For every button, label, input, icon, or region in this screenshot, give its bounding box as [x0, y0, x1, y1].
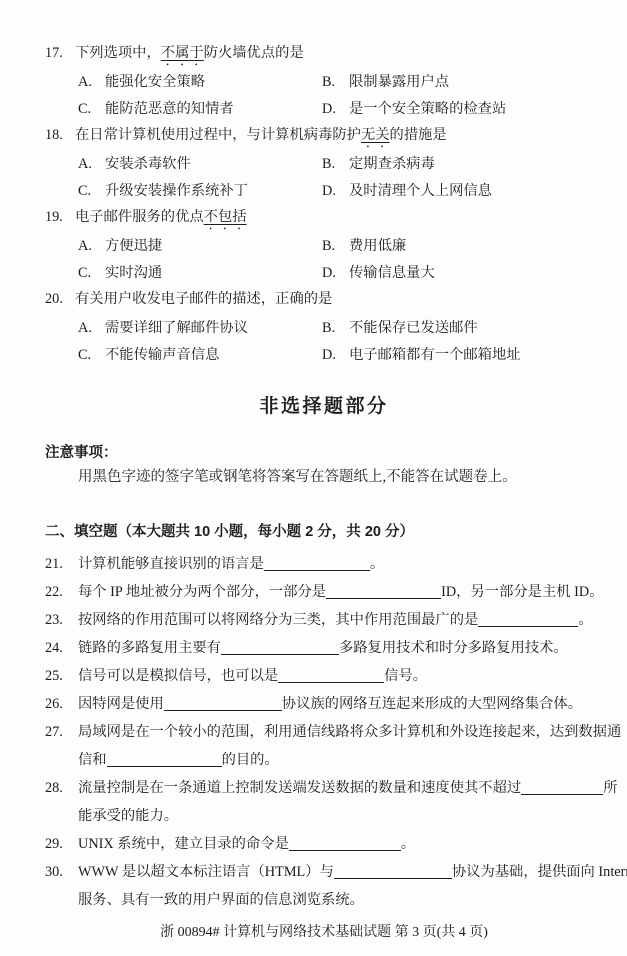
question-number: 21.: [45, 550, 78, 578]
question-number: 25.: [45, 662, 78, 690]
section-heading: 非选择题部分: [45, 394, 603, 420]
question-text: 。: [578, 612, 592, 628]
option-row: C.实时沟通 D.传输信息量大: [45, 260, 603, 287]
option-row: A.能强化安全策略 B.限制暴露用户点: [45, 69, 603, 96]
question-number: 20.: [45, 286, 75, 313]
option-text: 实时沟通: [105, 265, 162, 281]
question-line-2: 信和的目的。: [45, 746, 603, 774]
question-line-1: 30.WWW 是以超文本标注语言（HTML）与协议为基础，提供面向 Intern…: [45, 858, 603, 886]
stem-emphasized-text: 无关: [361, 127, 390, 143]
question-number: 26.: [45, 690, 78, 718]
question-text: 协议族的网络互连起来形成的大型网络集合体。: [282, 696, 582, 712]
option-text: 限制暴露用户点: [349, 74, 449, 90]
option-c: C.实时沟通: [78, 260, 322, 287]
page-footer: 浙 00894# 计算机与网络技术基础试题 第 3 页(共 4 页): [45, 922, 603, 944]
option-text: 不能保存已发送邮件: [349, 320, 478, 336]
question-number: 28.: [45, 774, 78, 802]
option-d: D.电子邮箱都有一个邮箱地址: [322, 342, 603, 369]
option-label: B.: [322, 151, 349, 178]
question-text: 链路的多路复用主要有: [78, 640, 221, 656]
option-text: 需要详细了解邮件协议: [105, 320, 248, 336]
notice-text: 用黑色字迹的签字笔或钢笔将答案写在答题纸上,不能答在试题卷上。: [45, 464, 603, 490]
option-label: A.: [78, 233, 105, 260]
option-label: D.: [322, 260, 349, 287]
answer-blank: [264, 555, 370, 571]
stem-text: 下列选项中，: [75, 45, 161, 61]
option-text: 安装杀毒软件: [105, 156, 191, 172]
notice-title: 注意事项：: [45, 442, 603, 464]
option-label: C.: [78, 96, 105, 123]
option-label: B.: [322, 233, 349, 260]
question-line-2: 能承受的能力。: [45, 802, 603, 830]
answer-blank: [326, 583, 441, 599]
question-text: 因特网是使用: [78, 696, 164, 712]
fill-question-29: 29.UNIX 系统中，建立目录的命令是。: [45, 830, 603, 858]
option-a: A.需要详细了解邮件协议: [78, 315, 322, 342]
option-text: 升级安装操作系统补丁: [105, 183, 248, 199]
option-label: C.: [78, 178, 105, 205]
fill-section-heading: 二、填空题（本大题共 10 小题，每小题 2 分，共 20 分）: [45, 520, 603, 544]
option-label: B.: [322, 315, 349, 342]
mcq-question-19: 19.电子邮件服务的优点不包括 A.方便迅捷 B.费用低廉 C.实时沟通 D.传…: [45, 204, 603, 286]
option-label: A.: [78, 151, 105, 178]
option-text: 能强化安全策略: [105, 74, 205, 90]
question-number: 18.: [45, 122, 75, 149]
option-d: D.传输信息量大: [322, 260, 603, 287]
option-a: A.方便迅捷: [78, 233, 322, 260]
stem-text: 的措施是: [390, 127, 447, 143]
option-b: B.费用低廉: [322, 233, 603, 260]
option-b: B.定期查杀病毒: [322, 151, 603, 178]
answer-blank: [289, 835, 401, 851]
question-text: 流量控制是在一条通道上控制发送端发送数据的数量和速度使其不超过: [78, 780, 521, 796]
option-label: B.: [322, 69, 349, 96]
question-text: 多路复用技术和时分多路复用技术。: [339, 640, 568, 656]
answer-blank: [107, 751, 222, 767]
question-stem: 18.在日常计算机使用过程中，与计算机病毒防护无关的措施是: [45, 122, 603, 151]
option-row: A.方便迅捷 B.费用低廉: [45, 233, 603, 260]
mcq-question-18: 18.在日常计算机使用过程中，与计算机病毒防护无关的措施是 A.安装杀毒软件 B…: [45, 122, 603, 204]
option-text: 方便迅捷: [105, 238, 162, 254]
mcq-question-17: 17.下列选项中，不属于防火墙优点的是 A.能强化安全策略 B.限制暴露用户点 …: [45, 40, 603, 122]
option-label: A.: [78, 315, 105, 342]
option-label: D.: [322, 96, 349, 123]
question-text: 信号可以是模拟信号，也可以是: [78, 668, 278, 684]
fill-question-23: 23.按网络的作用范围可以将网络分为三类，其中作用范围最广的是。: [45, 606, 603, 634]
question-text: 计算机能够直接识别的语言是: [78, 556, 264, 572]
fill-question-24: 24.链路的多路复用主要有多路复用技术和时分多路复用技术。: [45, 634, 603, 662]
answer-blank: [334, 863, 452, 879]
question-text: 。: [370, 556, 384, 572]
answer-blank: [478, 611, 578, 627]
question-text: 所: [603, 780, 617, 796]
stem-emphasized-text: 不属于: [161, 45, 204, 61]
stem-text: 防火墙优点的是: [204, 45, 304, 61]
answer-blank: [164, 695, 282, 711]
option-text: 能防范恶意的知情者: [105, 101, 234, 117]
question-text: UNIX 系统中，建立目录的命令是: [78, 836, 289, 852]
option-d: D.是一个安全策略的检查站: [322, 96, 603, 123]
fill-question-27: 27.局域网是在一个较小的范围，利用通信线路将众多计算机和外设连接起来，达到数据…: [45, 718, 603, 774]
option-label: A.: [78, 69, 105, 96]
question-stem: 17.下列选项中，不属于防火墙优点的是: [45, 40, 603, 69]
question-stem: 19.电子邮件服务的优点不包括: [45, 204, 603, 233]
option-a: A.安装杀毒软件: [78, 151, 322, 178]
question-number: 27.: [45, 718, 78, 746]
stem-emphasized-text: 不包括: [204, 209, 247, 225]
option-text: 费用低廉: [349, 238, 406, 254]
fill-question-22: 22.每个 IP 地址被分为两个部分，一部分是ID，另一部分是主机 ID。: [45, 578, 603, 606]
option-text: 定期查杀病毒: [349, 156, 435, 172]
question-text: 按网络的作用范围可以将网络分为三类，其中作用范围最广的是: [78, 612, 478, 628]
option-label: C.: [78, 342, 105, 369]
option-a: A.能强化安全策略: [78, 69, 322, 96]
option-c: C.升级安装操作系统补丁: [78, 178, 322, 205]
fill-question-28: 28.流量控制是在一条通道上控制发送端发送数据的数量和速度使其不超过所 能承受的…: [45, 774, 603, 830]
question-text: 每个 IP 地址被分为两个部分，一部分是: [78, 584, 326, 600]
option-row: C.升级安装操作系统补丁 D.及时清理个人上网信息: [45, 178, 603, 205]
option-row: A.需要详细了解邮件协议 B.不能保存已发送邮件: [45, 315, 603, 342]
stem-text: 有关用户收发电子邮件的描述，正确的是: [75, 291, 332, 307]
option-row: C.能防范恶意的知情者 D.是一个安全策略的检查站: [45, 96, 603, 123]
stem-text: 在日常计算机使用过程中，与计算机病毒防护: [75, 127, 361, 143]
answer-blank: [521, 779, 603, 795]
option-text: 电子邮箱都有一个邮箱地址: [349, 347, 521, 363]
option-label: C.: [78, 260, 105, 287]
question-number: 23.: [45, 606, 78, 634]
question-text: 信号。: [384, 668, 427, 684]
question-number: 24.: [45, 634, 78, 662]
question-text: 能承受的能力。: [78, 808, 178, 824]
exam-page: 17.下列选项中，不属于防火墙优点的是 A.能强化安全策略 B.限制暴露用户点 …: [0, 0, 627, 956]
question-stem: 20.有关用户收发电子邮件的描述，正确的是: [45, 286, 603, 315]
answer-blank: [278, 667, 384, 683]
fill-section: 21.计算机能够直接识别的语言是。 22.每个 IP 地址被分为两个部分，一部分…: [45, 550, 603, 914]
fill-question-25: 25.信号可以是模拟信号，也可以是信号。: [45, 662, 603, 690]
option-text: 是一个安全策略的检查站: [349, 101, 506, 117]
question-text: WWW 是以超文本标注语言（HTML）与: [78, 864, 334, 880]
option-row: A.安装杀毒软件 B.定期查杀病毒: [45, 151, 603, 178]
question-number: 17.: [45, 40, 75, 67]
option-text: 及时清理个人上网信息: [349, 183, 492, 199]
question-text: 。: [401, 836, 415, 852]
option-c: C.能防范恶意的知情者: [78, 96, 322, 123]
option-label: D.: [322, 178, 349, 205]
fill-question-21: 21.计算机能够直接识别的语言是。: [45, 550, 603, 578]
question-text: 服务、具有一致的用户界面的信息浏览系统。: [78, 892, 364, 908]
option-b: B.限制暴露用户点: [322, 69, 603, 96]
fill-question-30: 30.WWW 是以超文本标注语言（HTML）与协议为基础，提供面向 Intern…: [45, 858, 603, 914]
stem-text: 电子邮件服务的优点: [75, 209, 204, 225]
option-text: 不能传输声音信息: [105, 347, 219, 363]
question-text: 的目的。: [222, 752, 279, 768]
question-text: 协议为基础，提供面向 Internet: [452, 864, 627, 880]
question-number: 19.: [45, 204, 75, 231]
question-text: 信和: [78, 752, 107, 768]
option-row: C.不能传输声音信息 D.电子邮箱都有一个邮箱地址: [45, 342, 603, 369]
question-text: ID，另一部分是主机 ID。: [441, 584, 603, 600]
option-b: B.不能保存已发送邮件: [322, 315, 603, 342]
mcq-question-20: 20.有关用户收发电子邮件的描述，正确的是 A.需要详细了解邮件协议 B.不能保…: [45, 286, 603, 368]
option-d: D.及时清理个人上网信息: [322, 178, 603, 205]
option-text: 传输信息量大: [349, 265, 435, 281]
question-line-2: 服务、具有一致的用户界面的信息浏览系统。: [45, 886, 603, 914]
question-line-1: 28.流量控制是在一条通道上控制发送端发送数据的数量和速度使其不超过所: [45, 774, 603, 802]
option-label: D.: [322, 342, 349, 369]
question-number: 22.: [45, 578, 78, 606]
option-c: C.不能传输声音信息: [78, 342, 322, 369]
question-text: 局域网是在一个较小的范围，利用通信线路将众多计算机和外设连接起来，达到数据通: [78, 724, 621, 740]
question-line-1: 27.局域网是在一个较小的范围，利用通信线路将众多计算机和外设连接起来，达到数据…: [45, 718, 603, 746]
fill-question-26: 26.因特网是使用协议族的网络互连起来形成的大型网络集合体。: [45, 690, 603, 718]
question-number: 29.: [45, 830, 78, 858]
answer-blank: [221, 639, 339, 655]
question-number: 30.: [45, 858, 78, 886]
